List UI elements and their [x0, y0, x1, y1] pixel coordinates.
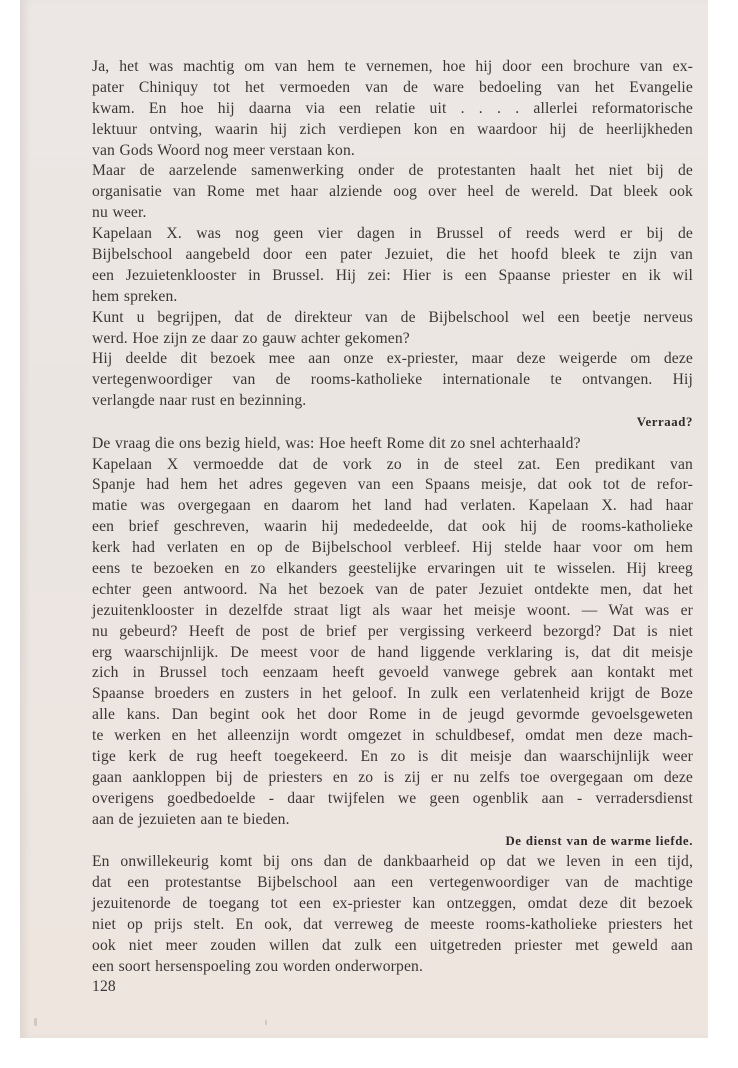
text-line: nu weer. [92, 203, 693, 224]
text-line: En onwillekeurig komt bij ons dan de dan… [92, 852, 693, 873]
page-number: 128 [92, 977, 693, 998]
text-line: een Jezuietenklooster in Brussel. Hij ze… [92, 266, 693, 287]
text-line: tige kerk de rug heeft toegekeerd. En zo… [92, 747, 693, 768]
paragraph: Kunt u begrijpen, dat de direkteur van d… [92, 308, 693, 350]
text-line: werd. Hoe zijn ze daar zo gauw achter ge… [92, 329, 693, 350]
text-line: jezuitenklooster in dezelfde straat ligt… [92, 601, 693, 622]
paragraph: Kapelaan X. was nog geen vier dagen in B… [92, 224, 693, 308]
text-line: dat een protestantse Bijbelschool aan ee… [92, 873, 693, 894]
text-line: pater Chiniquy tot het vermoeden van de … [92, 78, 693, 99]
text-line: verlangde naar rust en bezinning. [92, 391, 693, 412]
text-line: jezuitenorde de toegang tot een ex-pries… [92, 894, 693, 915]
text-line: organisatie van Rome met haar alziende o… [92, 182, 693, 203]
text-line: Spaanse broeders en zusters in het geloo… [92, 684, 693, 705]
text-line: Spanje had hem het adres gegeven van een… [92, 475, 693, 496]
text-line: eens te bezoeken en zo elkanders geestel… [92, 559, 693, 580]
text-line: een soort hersenspoeling zou worden onde… [92, 957, 693, 978]
text-line: Maar de aarzelende samenwerking onder de… [92, 161, 693, 182]
text-line: Kapelaan X vermoedde dat de vork zo in d… [92, 455, 693, 476]
text-line: kerk had verlaten en op de Bijbelschool … [92, 538, 693, 559]
text-line: zich in Brussel toch eenzaam heeft gevoe… [92, 663, 693, 684]
paragraph: En onwillekeurig komt bij ons dan de dan… [92, 852, 693, 977]
text-line: aan de jezuieten aan te bieden. [92, 810, 693, 831]
page-smudge [265, 1020, 267, 1025]
text-line: een brief geschreven, waarin hij mededee… [92, 517, 693, 538]
text-line: De vraag die ons bezig hield, was: Hoe h… [92, 434, 693, 455]
text-line: gaan aankloppen bij de priesters en zo i… [92, 768, 693, 789]
text-line: Bijbelschool aangebeld door een pater Je… [92, 245, 693, 266]
text-line: matie was overgegaan en daarom het land … [92, 496, 693, 517]
text-line: vertegenwoordiger van de rooms-katholiek… [92, 370, 693, 391]
text-line: overigens goedbedoelde - daar twijfelen … [92, 789, 693, 810]
text-line: nu gebeurd? Heeft de post de brief per v… [92, 622, 693, 643]
text-line: Hij deelde dit bezoek mee aan onze ex-pr… [92, 349, 693, 370]
text-line: te werken en het alleenzijn wordt omgeze… [92, 726, 693, 747]
text-line: echter geen antwoord. Na het bezoek van … [92, 580, 693, 601]
paragraph: Ja, het was machtig om van hem te vernem… [92, 57, 693, 161]
text-line: kwam. En hoe hij daarna via een relatie … [92, 99, 693, 120]
paragraph: De vraag die ons bezig hield, was: Hoe h… [92, 434, 693, 455]
paragraph: Kapelaan X vermoedde dat de vork zo in d… [92, 455, 693, 831]
paragraph: Hij deelde dit bezoek mee aan onze ex-pr… [92, 349, 693, 412]
text-line: Kunt u begrijpen, dat de direkteur van d… [92, 308, 693, 329]
text-line: erg waarschijnlijk. De meest voor de han… [92, 643, 693, 664]
text-line: niet op prijs stelt. En ook, dat verrewe… [92, 915, 693, 936]
text-line: hem spreken. [92, 287, 693, 308]
section-heading: De dienst van de warme liefde. [92, 831, 693, 853]
text-line: Kapelaan X. was nog geen vier dagen in B… [92, 224, 693, 245]
body-text: Ja, het was machtig om van hem te vernem… [92, 57, 693, 998]
text-line: ook niet meer zouden willen dat zulk een… [92, 936, 693, 957]
text-line: Ja, het was machtig om van hem te vernem… [92, 57, 693, 78]
text-line: lektuur ontving, waarin hij zich verdiep… [92, 120, 693, 141]
paragraph: Maar de aarzelende samenwerking onder de… [92, 161, 693, 224]
book-page: Ja, het was machtig om van hem te vernem… [20, 0, 708, 1038]
text-line: alle kans. Dan begint ook het door Rome … [92, 705, 693, 726]
section-heading: Verraad? [92, 412, 693, 434]
page-smudge [34, 1018, 37, 1026]
text-line: van Gods Woord nog meer verstaan kon. [92, 141, 693, 162]
